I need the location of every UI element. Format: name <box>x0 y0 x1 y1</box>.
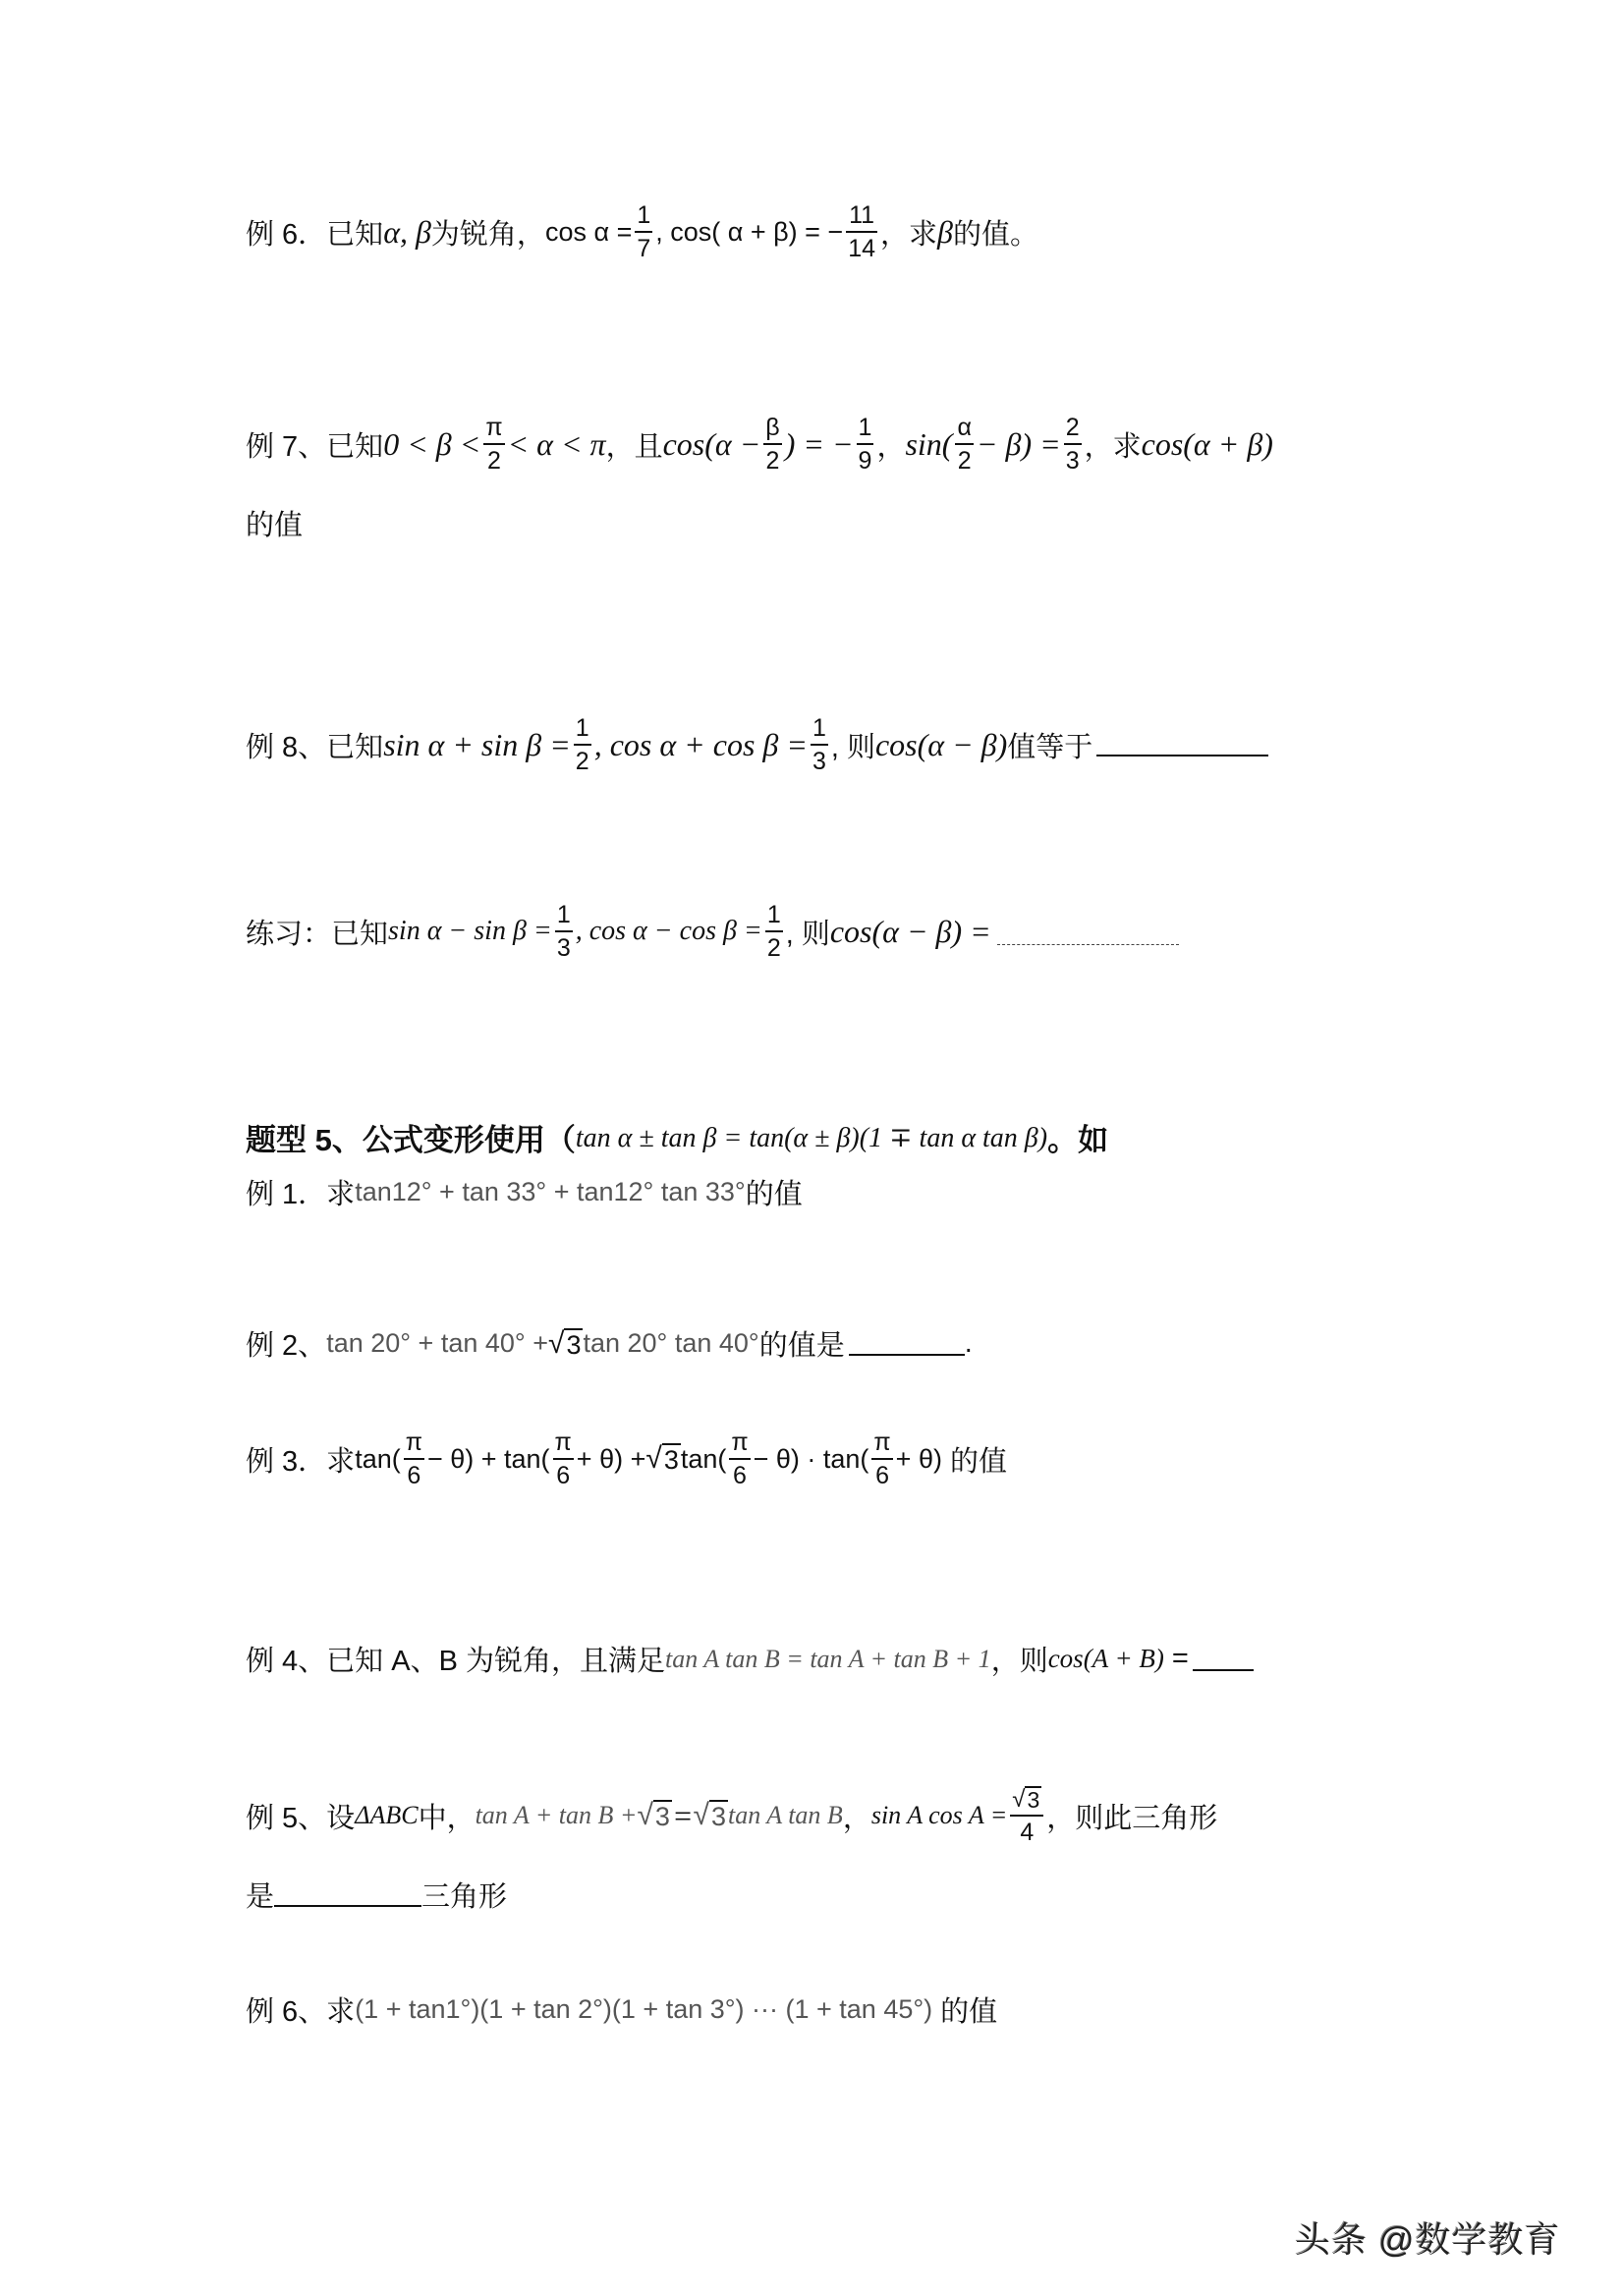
ex7-cos1: cos(α − <box>663 426 761 463</box>
s5-ex3-m4: − θ) · tan( <box>754 1444 869 1475</box>
ex8-text1: , 则 <box>831 725 875 765</box>
s5-ex5-text1: 中， <box>419 1796 476 1836</box>
s5-problem-ex5: 例 5、设 ΔABC 中， tan A + tan B + √3 = √3 ta… <box>246 1786 1217 1846</box>
ex8-target: cos(α − β) <box>875 727 1007 763</box>
watermark: 头条 @数学教育 <box>1295 2212 1561 2263</box>
s5-ex6-label: 例 6、求 <box>246 1989 355 2030</box>
ex6-text3: 的值。 <box>953 212 1038 252</box>
ex7-fraction-beta-2: β2 <box>763 415 781 475</box>
ex7-fraction-2-3: 23 <box>1064 415 1082 475</box>
s5-problem-ex1: 例 1．求 tan12° + tan 33° + tan12° tan 33° … <box>246 1172 803 1212</box>
s5-ex2-sqrt3: √3 <box>548 1327 584 1361</box>
s5-ex3-fraction-pi-6: π6 <box>404 1429 424 1489</box>
section-5-suffix: 。如 <box>1047 1115 1108 1159</box>
s5-ex4-answer-blank[interactable] <box>1193 1648 1254 1671</box>
s5-ex5-sqrt3: √3 <box>637 1799 672 1832</box>
s5-ex4-text: ，则 <box>991 1639 1048 1679</box>
problem-ex7-line2: 的值 <box>246 503 303 543</box>
ex7-sin1: sin( <box>905 426 952 463</box>
section-5-heading: 题型 5、公式变形使用（ tan α ± tan β = tan(α ± β)(… <box>246 1115 1108 1159</box>
practice-expr1: sin α − sin β = <box>388 916 552 947</box>
problem-practice: 练习：已知 sin α − sin β = 13 , cos α − cos β… <box>246 902 1179 962</box>
ex8-label: 例 8、已知 <box>246 725 383 765</box>
ex6-cos-a: cos α = <box>545 217 632 248</box>
s5-ex5-text2: ， <box>843 1796 871 1836</box>
s5-ex3-m2: + θ) + <box>577 1444 646 1475</box>
ex6-label: 例 6．已知 <box>246 212 383 252</box>
s5-ex2-text: 的值是 <box>759 1323 845 1364</box>
s5-ex3-text: 的值 <box>950 1439 1007 1480</box>
practice-answer-blank[interactable] <box>997 919 1179 945</box>
s5-ex3-fraction-pi-6: π6 <box>553 1429 574 1489</box>
s5-ex4-target: cos(A + B) <box>1048 1644 1164 1674</box>
s5-ex3-fraction-pi-6: π6 <box>729 1429 750 1489</box>
ex8-fraction-1-3: 13 <box>811 715 828 775</box>
s5-problem-ex2: 例 2、 tan 20° + tan 40° + √3 tan 20° tan … <box>246 1323 973 1364</box>
s5-ex3-sqrt3: √3 <box>645 1442 681 1476</box>
practice-fraction-1-2: 12 <box>765 902 783 962</box>
s5-ex5-line2a: 是 <box>246 1875 274 1915</box>
ex6-text2: ，求 <box>880 212 937 252</box>
practice-fraction-1-3: 13 <box>555 902 573 962</box>
ex7-target: cos(α + β) <box>1142 426 1273 463</box>
ex7-text1: ，且 <box>606 424 663 465</box>
section-5-title: 题型 5、公式变形使用（ <box>246 1115 576 1159</box>
s5-problem-ex3: 例 3．求 tan( π6 − θ) + tan( π6 + θ) + √3 t… <box>246 1429 1007 1489</box>
ex7-ineq1: 0 < β < <box>383 426 480 463</box>
s5-ex5-label: 例 5、设 <box>246 1796 355 1836</box>
s5-ex3-label: 例 3．求 <box>246 1439 355 1480</box>
s5-problem-ex5-line2: 是 三角形 <box>246 1875 507 1915</box>
ex7-fraction-pi-2: π2 <box>483 415 504 475</box>
s5-ex3-t1: tan( <box>355 1444 401 1475</box>
ex7-ineq2: < α < π <box>508 426 606 463</box>
s5-ex2-expr2: tan 20° tan 40° <box>583 1328 758 1359</box>
practice-text1: , 则 <box>786 912 830 952</box>
s5-ex5-triangle: ΔABC <box>355 1801 418 1830</box>
ex8-expr2: , cos α + cos β = <box>594 727 808 763</box>
ex7-fraction-1-9: 19 <box>857 415 874 475</box>
problem-ex6: 例 6．已知 α, β 为锐角， cos α = 17 , cos( α + β… <box>246 202 1038 262</box>
s5-ex5-line2b: 三角形 <box>421 1875 507 1915</box>
practice-expr2: , cos α − cos β = <box>576 916 762 947</box>
ex6-cos-ab: , cos( α + β) = − <box>655 217 843 248</box>
ex6-fraction-2: 1114 <box>846 202 877 262</box>
s5-ex6-expr: (1 + tan1°)(1 + tan 2°)(1 + tan 3°) ··· … <box>355 1994 932 2025</box>
ex8-fraction-1-2: 12 <box>574 715 591 775</box>
s5-ex3-m5: + θ) <box>896 1444 942 1475</box>
s5-ex1-label: 例 1．求 <box>246 1172 355 1212</box>
s5-ex4-eq: = <box>1172 1643 1189 1675</box>
s5-ex5-eq: = <box>672 1798 694 1834</box>
s5-ex2-answer-blank[interactable] <box>849 1332 965 1356</box>
s5-problem-ex4: 例 4、已知 A、B 为锐角，且满足 tan A tan B = tan A +… <box>246 1639 1254 1679</box>
ex6-vars: α, β <box>383 214 431 251</box>
s5-ex5-expr3: sin A cos A = <box>871 1801 1007 1830</box>
s5-ex5-sqrt3b: √3 <box>694 1799 729 1832</box>
s5-ex2-label: 例 2、 <box>246 1323 326 1364</box>
ex8-expr1: sin α + sin β = <box>383 727 571 763</box>
ex7-text3: ，求 <box>1085 424 1142 465</box>
ex7-text2: ， <box>876 424 905 465</box>
s5-ex1-text: 的值 <box>746 1172 803 1212</box>
practice-label: 练习：已知 <box>246 912 388 952</box>
ex8-answer-blank[interactable] <box>1096 733 1268 756</box>
s5-ex5-answer-blank[interactable] <box>274 1883 421 1907</box>
s5-ex4-expr: tan A tan B = tan A + tan B + 1 <box>665 1645 991 1674</box>
ex6-text1: 为锐角， <box>431 212 545 252</box>
s5-ex3-fraction-pi-6: π6 <box>871 1429 892 1489</box>
s5-ex3-m3: tan( <box>681 1444 727 1475</box>
problem-ex8: 例 8、已知 sin α + sin β = 12 , cos α + cos … <box>246 715 1268 775</box>
s5-ex6-text: 的值 <box>940 1989 997 2030</box>
ex7-line2: 的值 <box>246 503 303 543</box>
ex7-label: 例 7、已知 <box>246 424 383 465</box>
s5-ex1-expr: tan12° + tan 33° + tan12° tan 33° <box>355 1177 746 1207</box>
ex8-text2: 值等于 <box>1007 725 1092 765</box>
ex7-eq2: − β) = <box>977 426 1061 463</box>
ex7-eq1: ) = − <box>785 426 854 463</box>
ex7-fraction-alpha-2: α2 <box>955 415 973 475</box>
s5-ex3-m1: − θ) + tan( <box>427 1444 550 1475</box>
s5-ex2-expr1: tan 20° + tan 40° + <box>326 1328 548 1359</box>
problem-ex7: 例 7、已知 0 < β < π2 < α < π ，且 cos(α − β2 … <box>246 415 1273 475</box>
s5-ex5-expr2: tan A tan B <box>728 1801 843 1830</box>
s5-ex5-expr1: tan A + tan B + <box>476 1801 638 1830</box>
s5-ex2-end: . <box>965 1327 973 1360</box>
ex6-fraction-1: 17 <box>635 202 652 262</box>
s5-ex5-text3: ，则此三角形 <box>1046 1796 1217 1836</box>
section-5-formula: tan α ± tan β = tan(α ± β)(1 ∓ tan α tan… <box>576 1121 1047 1154</box>
s5-problem-ex6: 例 6、求 (1 + tan1°)(1 + tan 2°)(1 + tan 3°… <box>246 1989 997 2030</box>
s5-ex5-fraction-sqrt3-4: √34 <box>1010 1786 1043 1846</box>
ex6-beta: β <box>937 214 953 251</box>
practice-target: cos(α − β) = <box>830 914 991 950</box>
s5-ex4-label: 例 4、已知 A、B 为锐角，且满足 <box>246 1639 665 1679</box>
